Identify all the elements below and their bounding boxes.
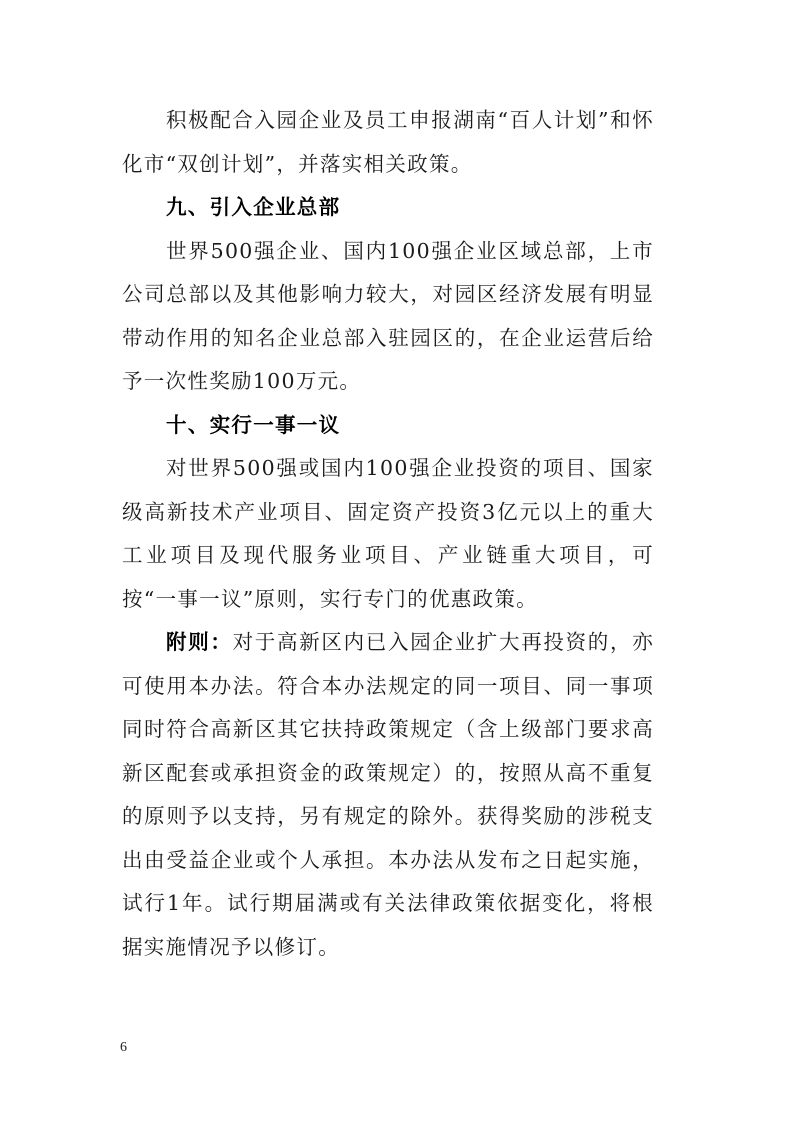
page-number: 6 bbox=[120, 1040, 127, 1056]
supplementary-provisions-text: 对于高新区内已入园企业扩大再投资的，亦可使用本办法。符合本办法规定的同一项目、同… bbox=[122, 630, 654, 959]
paragraph-supplementary-provisions: 附则：对于高新区内已入园企业扩大再投资的，亦可使用本办法。符合本办法规定的同一项… bbox=[122, 621, 654, 969]
supplementary-provisions-label: 附则： bbox=[166, 630, 233, 654]
paragraph-headquarters: 世界500强企业、国内100强企业区域总部，上市公司总部以及其他影响力较大，对园… bbox=[122, 230, 654, 404]
section-heading-10: 十、实行一事一议 bbox=[122, 404, 654, 448]
document-page: 积极配合入园企业及员工申报湖南“百人计划”和怀化市“双创计划”，并落实相关政策。… bbox=[122, 99, 654, 969]
section-heading-9: 九、引入企业总部 bbox=[122, 186, 654, 230]
paragraph-talent-plan: 积极配合入园企业及员工申报湖南“百人计划”和怀化市“双创计划”，并落实相关政策。 bbox=[122, 99, 654, 186]
paragraph-case-by-case: 对世界500强或国内100强企业投资的项目、国家级高新技术产业项目、固定资产投资… bbox=[122, 447, 654, 621]
